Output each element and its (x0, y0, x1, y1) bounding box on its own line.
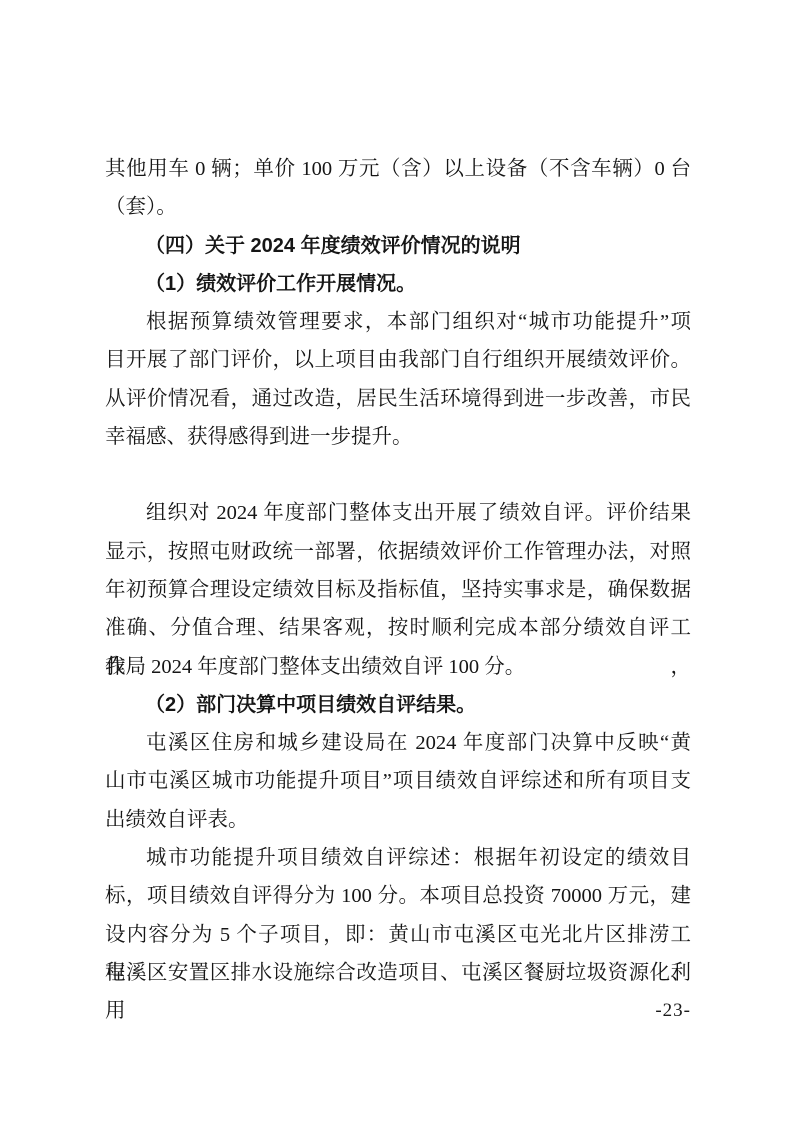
paragraph-gap (105, 456, 691, 494)
heading-item-1: （1）绩效评价工作开展情况。 (105, 265, 691, 303)
body-line: （套）。 (105, 188, 691, 226)
heading-item-2: （2）部门决算中项目绩效自评结果。 (105, 686, 691, 724)
body-line: 屯溪区住房和城乡建设局在 2024 年度部门决算中反映“黄 (105, 724, 691, 762)
body-line: 年初预算合理设定绩效目标及指标值，坚持实事求是，确保数据 (105, 571, 691, 609)
document-page: 其他用车 0 辆；单价 100 万元（含）以上设备（不含车辆）0 台 （套）。 … (0, 0, 793, 1122)
document-body: 其他用车 0 辆；单价 100 万元（含）以上设备（不含车辆）0 台 （套）。 … (105, 150, 691, 1031)
body-line: 准确、分值合理、结果客观，按时顺利完成本部分绩效自评工作， (105, 609, 691, 647)
body-line: 城市功能提升项目绩效自评综述：根据年初设定的绩效目 (105, 839, 691, 877)
body-line: 其他用车 0 辆；单价 100 万元（含）以上设备（不含车辆）0 台 (105, 150, 691, 188)
body-line: 幸福感、获得感得到进一步提升。 (105, 418, 691, 456)
body-line: 出绩效自评表。 (105, 801, 691, 839)
body-line: 山市屯溪区城市功能提升项目”项目绩效自评综述和所有项目支 (105, 762, 691, 800)
body-line: 目开展了部门评价，以上项目由我部门自行组织开展绩效评价。 (105, 341, 691, 379)
body-line: 从评价情况看，通过改造，居民生活环境得到进一步改善，市民 (105, 380, 691, 418)
body-line: 组织对 2024 年度部门整体支出开展了绩效自评。评价结果 (105, 494, 691, 532)
body-line: 标，项目绩效自评得分为 100 分。本项目总投资 70000 万元，建 (105, 877, 691, 915)
page-number: -23- (105, 992, 691, 1030)
body-line: 设内容分为 5 个子项目，即：黄山市屯溪区屯光北片区排涝工程、 (105, 916, 691, 954)
heading-section-4: （四）关于 2024 年度绩效评价情况的说明 (105, 227, 691, 265)
body-line: 显示，按照屯财政统一部署，依据绩效评价工作管理办法，对照 (105, 533, 691, 571)
body-line: 屯溪区安置区排水设施综合改造项目、屯溪区餐厨垃圾资源化利用 (105, 954, 691, 992)
body-line: 根据预算绩效管理要求，本部门组织对“城市功能提升”项 (105, 303, 691, 341)
